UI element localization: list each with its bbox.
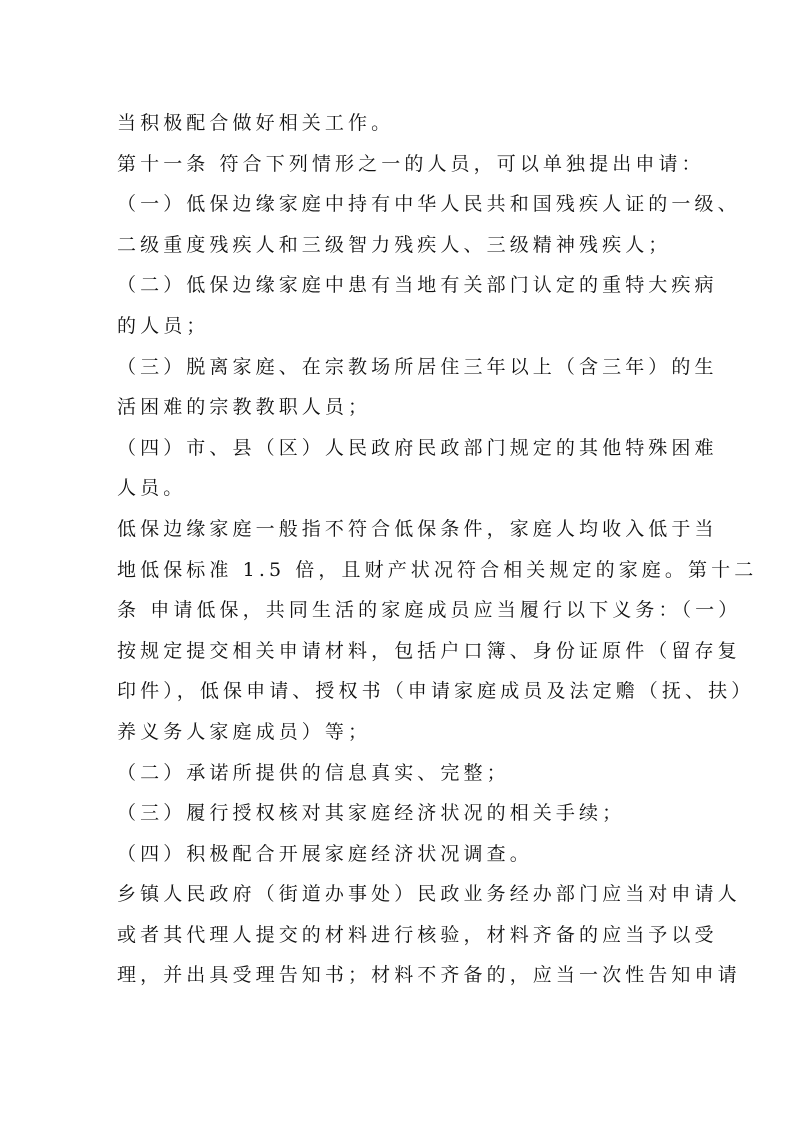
text-line: 养义务人家庭成员）等； xyxy=(117,712,717,753)
text-line: （四）市、县（区）人民政府民政部门规定的其他特殊困难 xyxy=(117,428,717,469)
text-line: 印件），低保申请、授权书（申请家庭成员及法定赡（抚、扶） xyxy=(117,671,717,712)
text-line: 的人员； xyxy=(117,306,717,347)
text-line: （三）脱离家庭、在宗教场所居住三年以上（含三年）的生 xyxy=(117,347,717,388)
text-line: （一）低保边缘家庭中持有中华人民共和国残疾人证的一级、 xyxy=(117,184,717,225)
text-line: 二级重度残疾人和三级智力残疾人、三级精神残疾人； xyxy=(117,225,717,266)
article-12-heading: 条 申请低保，共同生活的家庭成员应当履行以下义务：（一） xyxy=(117,590,717,631)
text-line: （四）积极配合开展家庭经济状况调查。 xyxy=(117,834,717,875)
text-line: 理，并出具受理告知书；材料不齐备的，应当一次性告知申请 xyxy=(117,955,717,996)
document-page: 当积极配合做好相关工作。 第十一条 符合下列情形之一的人员，可以单独提出申请： … xyxy=(0,0,793,1122)
text-line: 人员。 xyxy=(117,468,717,509)
text-line: 乡镇人民政府（街道办事处）民政业务经办部门应当对申请人 xyxy=(117,874,717,915)
text-line: 或者其代理人提交的材料进行核验，材料齐备的应当予以受 xyxy=(117,915,717,956)
text-line: （二）低保边缘家庭中患有当地有关部门认定的重特大疾病 xyxy=(117,265,717,306)
text-line: 低保边缘家庭一般指不符合低保条件，家庭人均收入低于当 xyxy=(117,509,717,550)
article-11-heading: 第十一条 符合下列情形之一的人员，可以单独提出申请： xyxy=(117,144,717,185)
text-line: 地低保标准 1.5 倍，且财产状况符合相关规定的家庭。第十二 xyxy=(117,550,717,591)
text-line: （三）履行授权核对其家庭经济状况的相关手续； xyxy=(117,793,717,834)
text-line: （二）承诺所提供的信息真实、完整； xyxy=(117,753,717,794)
text-line: 按规定提交相关申请材料，包括户口簿、身份证原件（留存复 xyxy=(117,631,717,672)
document-body: 当积极配合做好相关工作。 第十一条 符合下列情形之一的人员，可以单独提出申请： … xyxy=(117,103,717,996)
text-line: 当积极配合做好相关工作。 xyxy=(117,103,717,144)
text-line: 活困难的宗教教职人员； xyxy=(117,387,717,428)
